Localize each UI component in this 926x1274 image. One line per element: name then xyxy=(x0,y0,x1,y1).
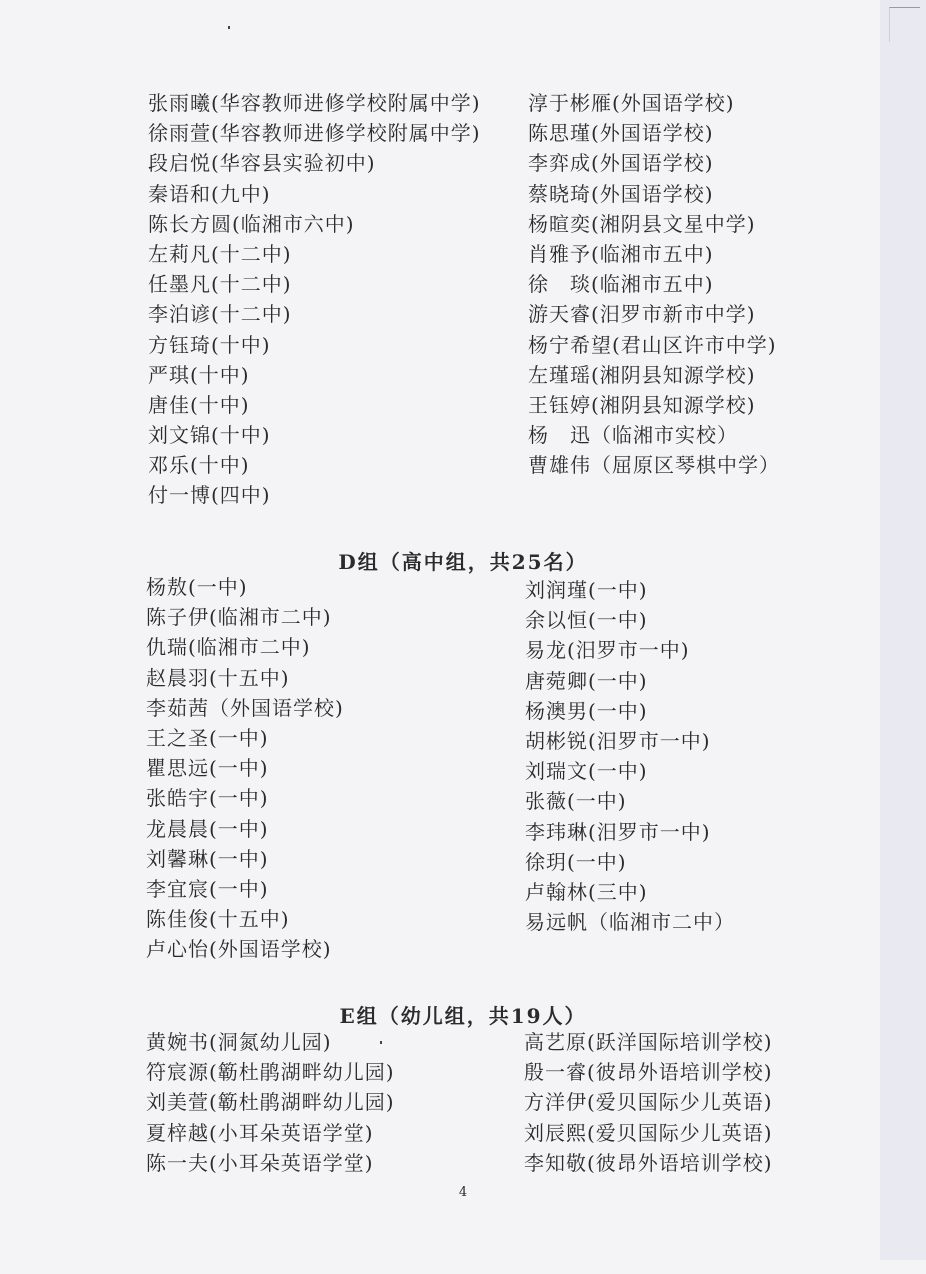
list-item: 张雨曦(华容教师进修学校附属中学) xyxy=(148,88,481,118)
winner-school: (一中) xyxy=(588,575,648,605)
winner-name: 殷一睿 xyxy=(524,1057,587,1087)
list-item: 李玮琳(汨罗市一中) xyxy=(525,817,735,847)
list-item: 徐雨萱(华容教师进修学校附属中学) xyxy=(148,118,481,148)
winner-name: 左瑾瑶 xyxy=(528,360,591,390)
winner-name: 龙晨晨 xyxy=(146,814,209,844)
winner-school: (临湘市五中) xyxy=(591,269,714,299)
winner-name: 张皓宇 xyxy=(146,783,209,813)
section-e-right-list: 高艺原(跃洋国际培训学校) 殷一睿(彼昂外语培训学校) 方洋伊(爱贝国际少儿英语… xyxy=(524,1027,773,1178)
winner-school: (洞氮幼儿园) xyxy=(209,1027,332,1057)
document-page: 张雨曦(华容教师进修学校附属中学) 徐雨萱(华容教师进修学校附属中学) 段启悦 … xyxy=(0,0,926,1274)
winner-name: 徐玥 xyxy=(525,847,567,877)
winner-school: (湘阴县知源学校) xyxy=(591,360,756,390)
list-item: 付一博 (四中) xyxy=(148,480,481,510)
winner-school: (一中) xyxy=(567,786,627,816)
list-item: 邓乐 (十中) xyxy=(148,450,481,480)
winner-school: (临湘市六中) xyxy=(232,209,355,239)
winner-name: 杨 迅 xyxy=(528,420,591,450)
list-item: 段启悦 (华容县实验初中) xyxy=(148,148,481,178)
winner-school: (一中) xyxy=(588,756,648,786)
winner-school: (君山区许市中学) xyxy=(612,330,777,360)
winner-name: 胡彬锐 xyxy=(525,726,588,756)
winner-school: (爱贝国际少儿英语) xyxy=(587,1087,773,1117)
list-item: 符宸源(簕杜鹃湖畔幼儿园) xyxy=(146,1057,395,1087)
list-item: 杨宁希望 (君山区许市中学) xyxy=(528,330,780,360)
winner-name: 赵晨羽 xyxy=(146,663,209,693)
list-item: 左瑾瑶 (湘阴县知源学校) xyxy=(528,360,780,390)
section-c-right-list: 淳于彬雁 (外国语学校) 陈思瑾 (外国语学校) 李弈成 (外国语学校) 蔡晓琦… xyxy=(528,88,780,480)
list-item: 方洋伊(爱贝国际少儿英语) xyxy=(524,1087,773,1117)
list-item: 刘瑞文(一中) xyxy=(525,756,735,786)
winner-name: 左莉凡 xyxy=(148,239,211,269)
winner-school: (三中) xyxy=(588,877,648,907)
section-d-left-list: 杨敖 (一中) 陈子伊(临湘市二中) 仇瑞(临湘市二中) 赵晨羽(十五中) 李茹… xyxy=(146,572,344,964)
list-item: 曹雄伟（屈原区琴棋中学） xyxy=(528,450,780,480)
list-item: 肖雅予 (临湘市五中) xyxy=(528,239,780,269)
winner-school: (一中) xyxy=(209,723,269,753)
section-e-heading: E组（幼儿组，共19人） xyxy=(0,1000,926,1029)
winner-name: 卢心怡 xyxy=(146,934,209,964)
winner-name: 张薇 xyxy=(525,786,567,816)
winner-name: 李知敬 xyxy=(524,1148,587,1178)
winner-name: 卢翰林 xyxy=(525,877,588,907)
winner-name: 张雨曦 xyxy=(148,88,211,118)
list-item: 刘美萱(簕杜鹃湖畔幼儿园) xyxy=(146,1087,395,1117)
winner-name: 李宜宸 xyxy=(146,874,209,904)
winner-school: （屈原区琴棋中学） xyxy=(591,450,780,480)
list-item: 杨澳男(一中) xyxy=(525,696,735,726)
list-item: 李泊谚 (十二中) xyxy=(148,299,481,329)
list-item: 刘文锦 (十中) xyxy=(148,420,481,450)
winner-name: 李茹茜 xyxy=(146,693,209,723)
list-item: 李茹茜（外国语学校) xyxy=(146,693,344,723)
list-item: 陈一夫(小耳朵英语学堂) xyxy=(146,1148,395,1178)
list-item: 陈佳俊(十五中) xyxy=(146,904,344,934)
winner-name: 杨澳男 xyxy=(525,696,588,726)
winner-school: (爱贝国际少儿英语) xyxy=(587,1118,773,1148)
list-item: 张皓宇(一中) xyxy=(146,783,344,813)
section-e-left-list: 黄婉书(洞氮幼儿园) 符宸源(簕杜鹃湖畔幼儿园) 刘美萱(簕杜鹃湖畔幼儿园) 夏… xyxy=(146,1027,395,1178)
winner-name: 陈佳俊 xyxy=(146,904,209,934)
list-item: 易龙 (汨罗市一中) xyxy=(525,635,735,665)
winner-school: (十中) xyxy=(211,420,271,450)
winner-name: 易远帆 xyxy=(525,907,588,937)
winner-name: 杨宁希望 xyxy=(528,330,612,360)
winner-school: (外国语学校) xyxy=(612,88,735,118)
winner-name: 徐雨萱 xyxy=(148,118,211,148)
winner-school: (簕杜鹃湖畔幼儿园) xyxy=(209,1057,395,1087)
winner-school: (十二中) xyxy=(211,299,292,329)
list-item: 胡彬锐(汨罗市一中) xyxy=(525,726,735,756)
scan-corner-mark xyxy=(889,7,920,42)
list-item: 瞿思远(一中) xyxy=(146,753,344,783)
list-item: 陈子伊(临湘市二中) xyxy=(146,602,344,632)
winner-school: (汨罗市一中) xyxy=(588,817,711,847)
list-item: 淳于彬雁 (外国语学校) xyxy=(528,88,780,118)
winner-name: 杨敖 xyxy=(146,572,188,602)
winner-name: 刘瑞文 xyxy=(525,756,588,786)
winner-school: (汨罗市一中) xyxy=(567,635,690,665)
winner-school: (华容教师进修学校附属中学) xyxy=(211,118,481,148)
winner-name: 杨暄奕 xyxy=(528,209,591,239)
winner-name: 余以恒 xyxy=(525,605,588,635)
scan-speck xyxy=(228,26,230,29)
winner-school: (外国语学校) xyxy=(591,118,714,148)
winner-school: (汨罗市一中) xyxy=(588,726,711,756)
winner-name: 李玮琳 xyxy=(525,817,588,847)
winner-school: (临湘市五中) xyxy=(591,239,714,269)
winner-school: (小耳朵英语学堂) xyxy=(209,1148,374,1178)
winner-name: 唐佳 xyxy=(148,390,190,420)
scan-edge-shadow xyxy=(880,0,926,1260)
winner-school: (一中) xyxy=(188,572,248,602)
winner-school: （临湘市实校） xyxy=(591,420,738,450)
winner-school: (十二中) xyxy=(211,269,292,299)
list-item: 蔡晓琦 (外国语学校) xyxy=(528,179,780,209)
winner-name: 唐菀卿 xyxy=(525,666,588,696)
list-item: 陈长方圆 (临湘市六中) xyxy=(148,209,481,239)
list-item: 陈思瑾 (外国语学校) xyxy=(528,118,780,148)
winner-name: 易龙 xyxy=(525,635,567,665)
winner-name: 方钰琦 xyxy=(148,330,211,360)
winner-name: 陈思瑾 xyxy=(528,118,591,148)
winner-name: 刘馨琳 xyxy=(146,844,209,874)
list-item: 王钰婷 (湘阴县知源学校) xyxy=(528,390,780,420)
winner-name: 陈子伊 xyxy=(146,602,209,632)
winner-school: (汨罗市新市中学) xyxy=(591,299,756,329)
winner-school: (湘阴县文星中学) xyxy=(591,209,756,239)
winner-school: (十五中) xyxy=(209,663,290,693)
list-item: 刘馨琳(一中) xyxy=(146,844,344,874)
winner-school: (小耳朵英语学堂) xyxy=(209,1118,374,1148)
winner-name: 仇瑞 xyxy=(146,632,188,662)
winner-name: 任墨凡 xyxy=(148,269,211,299)
winner-name: 李弈成 xyxy=(528,148,591,178)
section-c-left-list: 张雨曦(华容教师进修学校附属中学) 徐雨萱(华容教师进修学校附属中学) 段启悦 … xyxy=(148,88,481,511)
section-d-right-list: 刘润瑾 (一中) 余以恒 (一中) 易龙 (汨罗市一中) 唐菀卿(一中) 杨澳男… xyxy=(525,575,735,937)
winner-school: (外国语学校) xyxy=(591,179,714,209)
winner-name: 符宸源 xyxy=(146,1057,209,1087)
winner-name: 秦语和 xyxy=(148,179,211,209)
list-item: 徐玥(一中) xyxy=(525,847,735,877)
list-item: 仇瑞(临湘市二中) xyxy=(146,632,344,662)
list-item: 严琪 (十中) xyxy=(148,360,481,390)
winner-school: (十中) xyxy=(190,390,250,420)
list-item: 夏梓越(小耳朵英语学堂) xyxy=(146,1118,395,1148)
winner-school: (一中) xyxy=(588,605,648,635)
list-item: 卢心怡(外国语学校) xyxy=(146,934,344,964)
list-item: 杨 迅（临湘市实校） xyxy=(528,420,780,450)
winner-school: (临湘市二中) xyxy=(188,632,311,662)
winner-name: 黄婉书 xyxy=(146,1027,209,1057)
winner-school: (一中) xyxy=(209,844,269,874)
winner-name: 方洋伊 xyxy=(524,1087,587,1117)
list-item: 王之圣(一中) xyxy=(146,723,344,753)
winner-name: 刘文锦 xyxy=(148,420,211,450)
winner-name: 蔡晓琦 xyxy=(528,179,591,209)
winner-school: (十中) xyxy=(190,450,250,480)
winner-name: 段启悦 xyxy=(148,148,211,178)
list-item: 刘润瑾 (一中) xyxy=(525,575,735,605)
winner-school: (十中) xyxy=(190,360,250,390)
winner-school: (外国语学校) xyxy=(209,934,332,964)
winner-name: 严琪 xyxy=(148,360,190,390)
winner-school: (四中) xyxy=(211,480,271,510)
winner-school: （临湘市二中） xyxy=(588,907,735,937)
winner-name: 王钰婷 xyxy=(528,390,591,420)
winner-name: 肖雅予 xyxy=(528,239,591,269)
winner-name: 瞿思远 xyxy=(146,753,209,783)
winner-name: 刘润瑾 xyxy=(525,575,588,605)
winner-school: (华容县实验初中) xyxy=(211,148,376,178)
list-item: 唐菀卿(一中) xyxy=(525,666,735,696)
winner-school: (临湘市二中) xyxy=(209,602,332,632)
list-item: 杨暄奕 (湘阴县文星中学) xyxy=(528,209,780,239)
list-item: 任墨凡 (十二中) xyxy=(148,269,481,299)
winner-school: (十二中) xyxy=(211,239,292,269)
list-item: 秦语和 (九中) xyxy=(148,179,481,209)
list-item: 杨敖 (一中) xyxy=(146,572,344,602)
winner-name: 徐 琰 xyxy=(528,269,591,299)
list-item: 高艺原(跃洋国际培训学校) xyxy=(524,1027,773,1057)
list-item: 李宜宸(一中) xyxy=(146,874,344,904)
winner-school: (跃洋国际培训学校) xyxy=(587,1027,773,1057)
winner-name: 高艺原 xyxy=(524,1027,587,1057)
list-item: 李知敬(彼昂外语培训学校) xyxy=(524,1148,773,1178)
list-item: 黄婉书(洞氮幼儿园) xyxy=(146,1027,395,1057)
winner-school: (一中) xyxy=(209,753,269,783)
winner-school: (一中) xyxy=(209,783,269,813)
winner-name: 夏梓越 xyxy=(146,1118,209,1148)
list-item: 徐 琰 (临湘市五中) xyxy=(528,269,780,299)
winner-name: 曹雄伟 xyxy=(528,450,591,480)
list-item: 卢翰林(三中) xyxy=(525,877,735,907)
list-item: 张薇(一中) xyxy=(525,786,735,816)
winner-school: (彼昂外语培训学校) xyxy=(587,1148,773,1178)
winner-school: (九中) xyxy=(211,179,271,209)
list-item: 赵晨羽(十五中) xyxy=(146,663,344,693)
winner-name: 游天睿 xyxy=(528,299,591,329)
winner-school: （外国语学校) xyxy=(209,693,344,723)
list-item: 方钰琦 (十中) xyxy=(148,330,481,360)
winner-school: (一中) xyxy=(588,696,648,726)
winner-name: 邓乐 xyxy=(148,450,190,480)
winner-school: (十五中) xyxy=(209,904,290,934)
winner-name: 淳于彬雁 xyxy=(528,88,612,118)
winner-name: 刘美萱 xyxy=(146,1087,209,1117)
list-item: 刘辰熙(爱贝国际少儿英语) xyxy=(524,1118,773,1148)
list-item: 余以恒 (一中) xyxy=(525,605,735,635)
winner-name: 李泊谚 xyxy=(148,299,211,329)
winner-school: (彼昂外语培训学校) xyxy=(587,1057,773,1087)
list-item: 易远帆（临湘市二中） xyxy=(525,907,735,937)
list-item: 龙晨晨(一中) xyxy=(146,814,344,844)
winner-name: 王之圣 xyxy=(146,723,209,753)
winner-name: 付一博 xyxy=(148,480,211,510)
winner-school: (华容教师进修学校附属中学) xyxy=(211,88,481,118)
winner-school: (外国语学校) xyxy=(591,148,714,178)
winner-name: 陈一夫 xyxy=(146,1148,209,1178)
winner-school: (一中) xyxy=(209,814,269,844)
winner-school: (湘阴县知源学校) xyxy=(591,390,756,420)
winner-school: (一中) xyxy=(209,874,269,904)
winner-school: (十中) xyxy=(211,330,271,360)
list-item: 李弈成 (外国语学校) xyxy=(528,148,780,178)
list-item: 左莉凡 (十二中) xyxy=(148,239,481,269)
list-item: 游天睿 (汨罗市新市中学) xyxy=(528,299,780,329)
list-item: 殷一睿(彼昂外语培训学校) xyxy=(524,1057,773,1087)
winner-school: (一中) xyxy=(567,847,627,877)
winner-name: 陈长方圆 xyxy=(148,209,232,239)
page-number: 4 xyxy=(0,1185,926,1200)
winner-school: (一中) xyxy=(588,666,648,696)
winner-name: 刘辰熙 xyxy=(524,1118,587,1148)
list-item: 唐佳 (十中) xyxy=(148,390,481,420)
section-d-heading: D组（高中组，共25名） xyxy=(0,546,926,575)
winner-school: (簕杜鹃湖畔幼儿园) xyxy=(209,1087,395,1117)
